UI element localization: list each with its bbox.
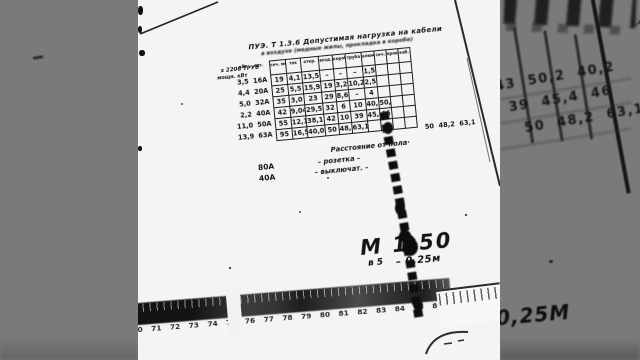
distance-list: – розетка –– выключат. –: [317, 153, 369, 178]
list-item: 77: [263, 314, 274, 324]
page-corner-edge: [140, 2, 218, 34]
shadow-band: [500, 338, 640, 360]
list-item: 80: [319, 310, 330, 320]
list-item: 79: [301, 311, 312, 321]
table-cell: 63А: [254, 129, 278, 143]
video-frame: { "document": { "title_line1": "ПУЭ. Т 1…: [0, 0, 640, 360]
table-cell: 40,0: [306, 124, 326, 138]
list-item: 81: [338, 308, 349, 318]
pen-dashes: [444, 340, 464, 344]
margin-numbers: 50 48,2 63,1: [424, 118, 475, 131]
ink-blot: [139, 50, 145, 56]
amp-labels: 80А40А: [257, 161, 275, 184]
list-item: 73: [188, 320, 199, 330]
paper-speck: [33, 55, 43, 59]
list-item: 83: [376, 305, 387, 315]
ink-blot: [138, 26, 142, 33]
ruler-tail-ticks: [438, 287, 497, 306]
photocopied-ruler: 707172737475767778798081828384858687: [138, 273, 471, 350]
table-header-cell: авт.: [247, 60, 271, 77]
list-item: 78: [282, 313, 293, 323]
pillarbox-left: [0, 0, 138, 360]
table-header-cell: каб.: [397, 47, 411, 63]
list-item: 82: [357, 307, 368, 317]
load-table: кВтавт.сеч. медьтокоткр.возд.коробтрубаа…: [232, 47, 418, 145]
list-item: 71: [151, 323, 162, 333]
list-item: 76: [244, 316, 255, 326]
list-item: 70: [138, 325, 143, 335]
list-item: 74: [207, 319, 218, 329]
table-cell: [404, 116, 418, 129]
scale-sub-right: – 0,25м: [396, 253, 442, 268]
handwritten-block: ПУЭ. Т 1.3.6 Допустимая нагрузка на кабе…: [222, 18, 500, 213]
shadow-band: [0, 338, 138, 360]
list-item: 72: [170, 322, 181, 332]
ink-blot: [138, 6, 143, 15]
pillarbox-right: 43 50,2 40,239 45,4 4650 48,2 63,1 0,25М: [500, 0, 640, 360]
magnified-scale-text: 0,25М: [500, 300, 571, 330]
list-item: 84: [394, 304, 405, 314]
ruler-white-tail: [436, 282, 500, 328]
pen-curve: [426, 332, 468, 354]
scale-sub-left: в 5: [368, 257, 384, 268]
list-item: 40А: [259, 172, 276, 185]
ink-blot: [138, 146, 142, 151]
distance-heading: Расстояние от пола·: [330, 138, 410, 154]
magnified-corner-curve: [624, 0, 640, 27]
paper-speck: [549, 260, 553, 263]
list-item: 85: [413, 302, 424, 312]
document-photo: ПУЭ. Т 1.3.6 Допустимая нагрузка на кабе…: [138, 0, 500, 360]
